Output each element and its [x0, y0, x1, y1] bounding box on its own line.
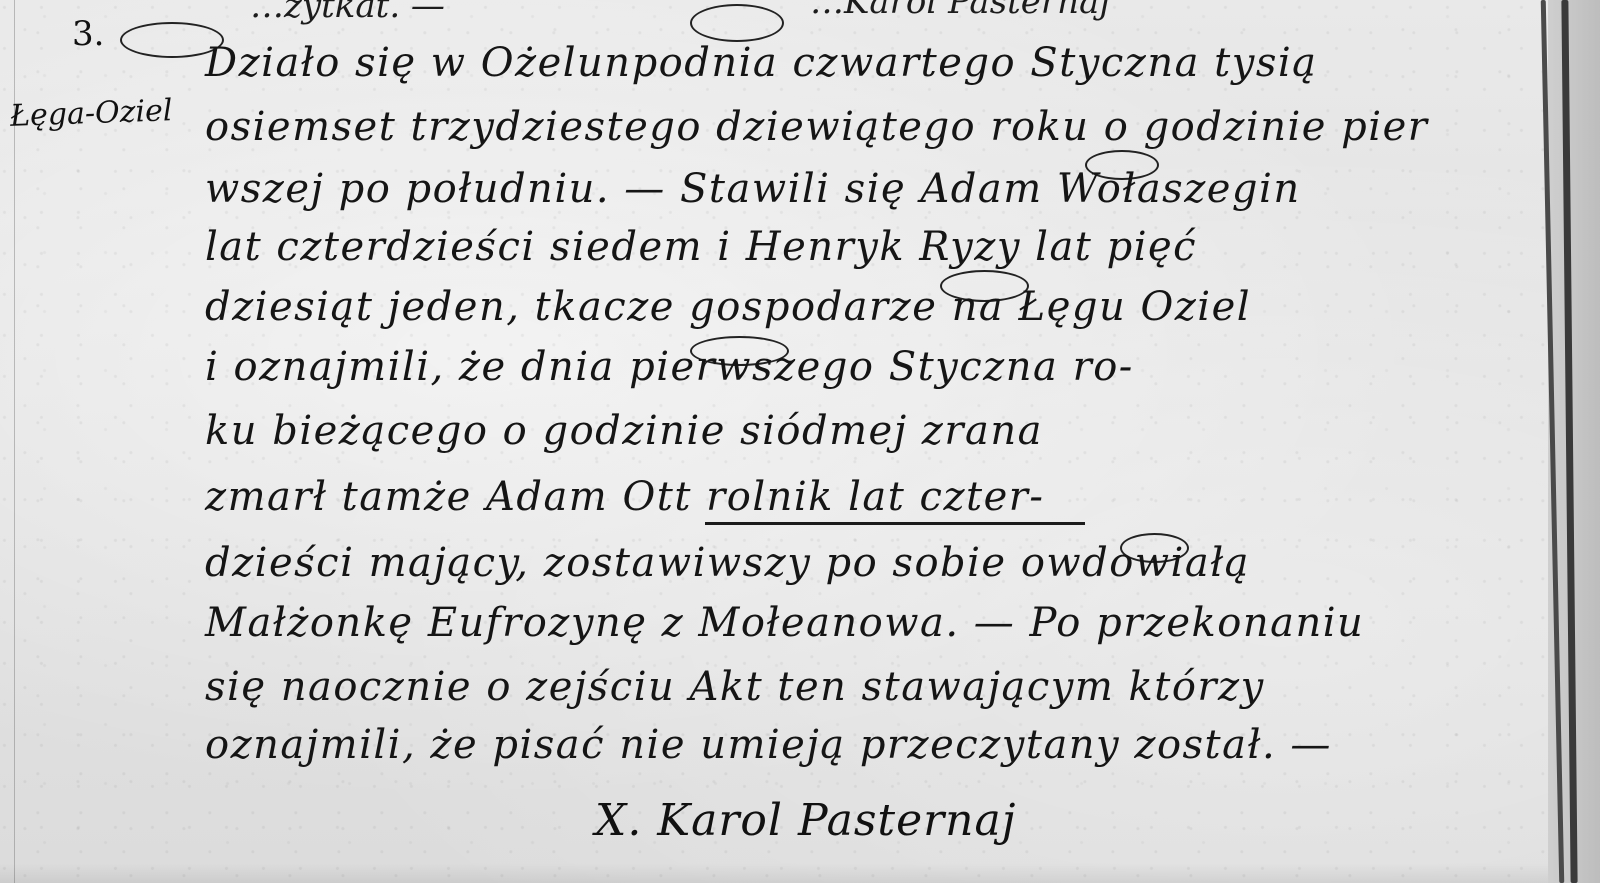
body-line: Małżonkę Eufrozynę z Mołeanowa. — Po prz… [205, 600, 1364, 646]
body-line: zmarł tamże Adam Ott rolnik lat czter- [205, 474, 1044, 520]
binding-line [1561, 0, 1577, 883]
deceased-name-underline [705, 522, 1085, 525]
body-line: osiemset trzydziestego dziewiątego roku … [205, 104, 1428, 150]
body-line: wszej po południu. — Stawili się Adam Wo… [205, 166, 1301, 212]
body-line: lat czterdzieści siedem i Henryk Ryzy la… [205, 224, 1197, 270]
body-line: i oznajmili, że dnia pierwszego Styczna … [205, 344, 1134, 390]
body-line: się naocznie o zejściu Akt ten stawający… [205, 664, 1265, 710]
scanned-register-page: …zytkat. — …Karol Pasternaj 3. Łęga-Ozie… [0, 0, 1600, 883]
body-line: dzieści mający, zostawiwszy po sobie owd… [205, 540, 1250, 586]
body-line: ku bieżącego o godzinie siódmej zrana [205, 408, 1043, 454]
page-bottom-shadow [0, 863, 1548, 883]
body-line-text: zmarł tamże Adam Ott rolnik lat czter- [205, 474, 1044, 520]
body-line: dziesiąt jeden, tkacze gospodarze na Łęg… [205, 284, 1251, 330]
body-line: Działo się w Ożelunpodnia czwartego Styc… [205, 40, 1318, 86]
page-binding-edge [1548, 0, 1600, 883]
binding-line [1541, 0, 1564, 883]
entry-body: Działo się w Ożelunpodnia czwartego Styc… [0, 0, 1540, 883]
body-line: oznajmili, że pisać nie umieją przeczyta… [205, 722, 1332, 768]
priest-signature: X. Karol Pasternaj [595, 795, 1016, 846]
